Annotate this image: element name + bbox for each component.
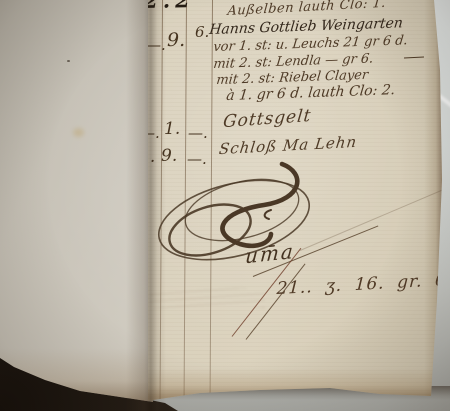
- entry1-col2: 1.: [164, 119, 180, 139]
- manuscript-photo: 2.2 —. 9. 6. Außelben lauth Clo: 1. Hann…: [0, 0, 450, 411]
- amount-col3-row-a: 6.: [195, 23, 209, 41]
- book-gutter-shadow: [126, 0, 166, 411]
- entry1-text: Gottsgelt: [222, 108, 312, 131]
- ink-bleedthrough: [150, 288, 265, 308]
- paper-stain: [73, 128, 84, 137]
- ink-underline: [404, 56, 424, 58]
- handwriting-line-1: Außelben lauth Clo: 1.: [227, 0, 387, 18]
- entry1-col3: —.: [188, 124, 208, 142]
- handwriting-line-3: vor 1. st: u. Leuchs 21 gr 6 d.: [213, 34, 409, 54]
- paper-speck: [67, 60, 70, 62]
- entry2-text: Schloß Ma Lehn: [218, 135, 358, 157]
- right-page-fore-edge: [424, 0, 442, 400]
- amount-col2-row-a: 9.: [167, 29, 185, 51]
